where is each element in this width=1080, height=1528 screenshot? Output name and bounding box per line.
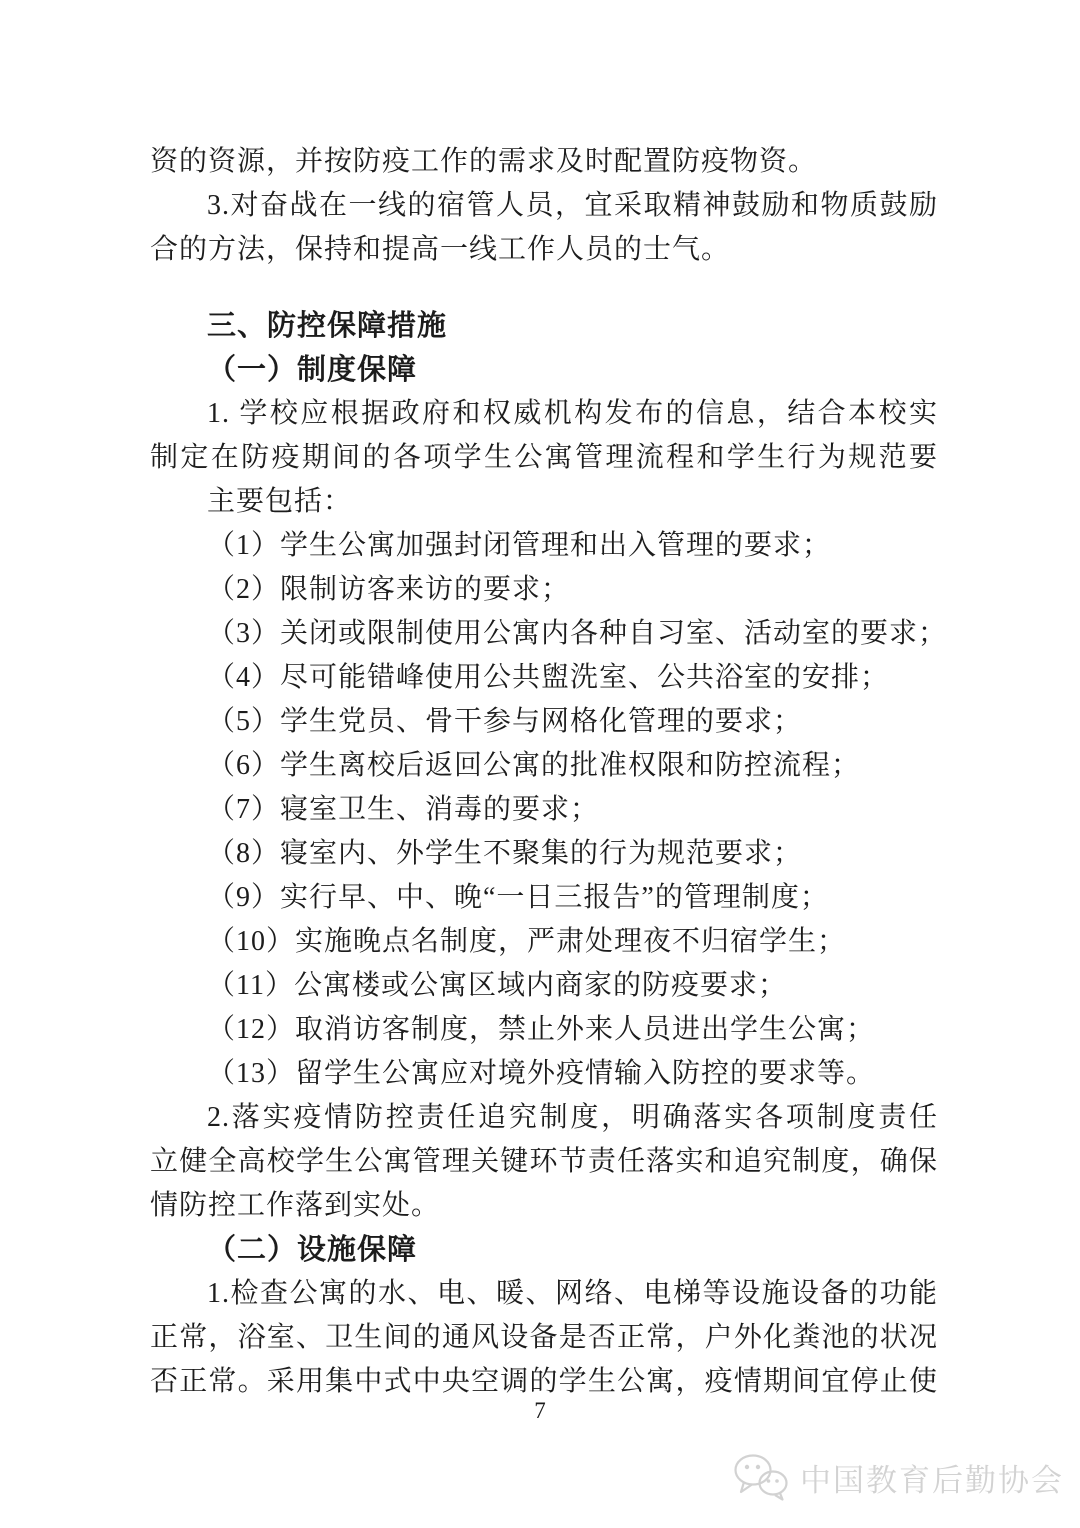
- heading-level-2: （一）制度保障: [150, 348, 938, 392]
- list-item: （3）关闭或限制使用公寓内各种自习室、活动室的要求；: [150, 612, 938, 656]
- document-lines: 资的资源，并按防疫工作的需求及时配置防疫物资。3.对奋战在一线的宿管人员，宜采取…: [150, 140, 938, 1404]
- list-item: （6）学生离校后返回公寓的批准权限和防控流程；: [150, 744, 938, 788]
- paragraph-line: 2.落实疫情防控责任追究制度，明确落实各项制度责任人，建: [150, 1096, 938, 1140]
- watermark: 中国教育后勤协会: [732, 1452, 1064, 1502]
- paragraph-line: 正常，浴室、卫生间的通风设备是否正常，户外化粪池的状况是: [150, 1316, 938, 1360]
- heading-level-1: 三、防控保障措施: [150, 304, 938, 348]
- list-item: （1）学生公寓加强封闭管理和出入管理的要求；: [150, 524, 938, 568]
- list-item: （2）限制访客来访的要求；: [150, 568, 938, 612]
- paragraph-line: 立健全高校学生公寓管理关键环节责任落实和追究制度，确保疫: [150, 1140, 938, 1184]
- paragraph-line: 情防控工作落到实处。: [150, 1184, 938, 1228]
- paragraph-line: 合的方法，保持和提高一线工作人员的士气。: [150, 228, 938, 272]
- document-page: 资的资源，并按防疫工作的需求及时配置防疫物资。3.对奋战在一线的宿管人员，宜采取…: [0, 0, 1080, 1528]
- list-item: （7）寝室卫生、消毒的要求；: [150, 788, 938, 832]
- list-item: （10）实施晚点名制度，严肃处理夜不归宿学生；: [150, 920, 938, 964]
- list-item: （5）学生党员、骨干参与网格化管理的要求；: [150, 700, 938, 744]
- page-number: 7: [0, 1398, 1080, 1424]
- wechat-icon: [732, 1452, 790, 1502]
- paragraph-line: 1. 学校应根据政府和权威机构发布的信息，结合本校实际，: [150, 392, 938, 436]
- list-item: （8）寝室内、外学生不聚集的行为规范要求；: [150, 832, 938, 876]
- list-item: （12）取消访客制度，禁止外来人员进出学生公寓；: [150, 1008, 938, 1052]
- paragraph-line: 资的资源，并按防疫工作的需求及时配置防疫物资。: [150, 140, 938, 184]
- list-item: （4）尽可能错峰使用公共盥洗室、公共浴室的安排；: [150, 656, 938, 700]
- paragraph-line: 主要包括：: [150, 480, 938, 524]
- heading-level-2: （二）设施保障: [150, 1228, 938, 1272]
- watermark-text: 中国教育后勤协会: [800, 1455, 1064, 1500]
- list-item: （13）留学生公寓应对境外疫情输入防控的要求等。: [150, 1052, 938, 1096]
- list-item: （9）实行早、中、晚“一日三报告”的管理制度；: [150, 876, 938, 920]
- paragraph-line: 制定在防疫期间的各项学生公寓管理流程和学生行为规范要求。: [150, 436, 938, 480]
- paragraph-line: 1.检查公寓的水、电、暖、网络、电梯等设施设备的功能是否: [150, 1272, 938, 1316]
- paragraph-line: 3.对奋战在一线的宿管人员，宜采取精神鼓励和物质鼓励相结: [150, 184, 938, 228]
- list-item: （11）公寓楼或公寓区域内商家的防疫要求；: [150, 964, 938, 1008]
